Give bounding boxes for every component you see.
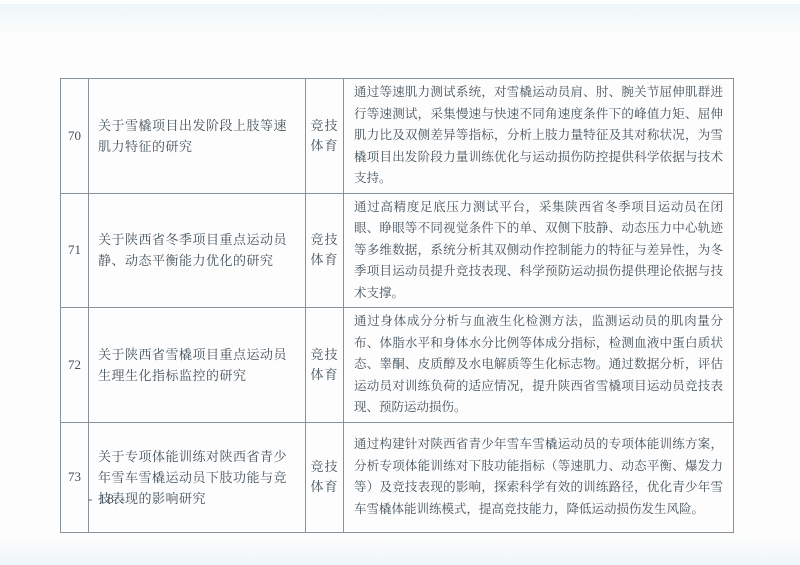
scan-artifact-top: [0, 4, 800, 38]
project-title: 关于专项体能训练对陕西省青少年雪车雪橇运动员下肢功能与竞技表现的影响研究: [89, 422, 306, 532]
table-row: 70 关于雪橇项目出发阶段上肢等速肌力特征的研究 竞技体育 通过等速肌力测试系统…: [61, 79, 734, 194]
project-category: 竞技体育: [306, 193, 344, 308]
project-category: 竞技体育: [306, 422, 344, 532]
project-title: 关于雪橇项目出发阶段上肢等速肌力特征的研究: [89, 79, 306, 194]
project-description: 通过身体成分分析与血液生化检测方法，监测运动员的肌肉量分布、体脂水平和身体水分比…: [344, 308, 734, 423]
scan-artifact-bottom: [0, 537, 800, 565]
page-number: - 18 -: [88, 492, 127, 507]
project-category: 竞技体育: [306, 308, 344, 423]
table-row: 73 关于专项体能训练对陕西省青少年雪车雪橇运动员下肢功能与竞技表现的影响研究 …: [61, 422, 734, 532]
project-number: 73: [61, 422, 89, 532]
project-title: 关于陕西省冬季项目重点运动员静、动态平衡能力优化的研究: [89, 193, 306, 308]
project-description: 通过构建针对陕西省青少年雪车雪橇运动员的专项体能训练方案，分析专项体能训练对下肢…: [344, 422, 734, 532]
projects-table: 70 关于雪橇项目出发阶段上肢等速肌力特征的研究 竞技体育 通过等速肌力测试系统…: [60, 78, 734, 533]
project-title: 关于陕西省雪橇项目重点运动员生理生化指标监控的研究: [89, 308, 306, 423]
table-row: 71 关于陕西省冬季项目重点运动员静、动态平衡能力优化的研究 竞技体育 通过高精…: [61, 193, 734, 308]
project-description: 通过高精度足底压力测试平台，采集陕西省冬季项目运动员在闭眼、睁眼等不同视觉条件下…: [344, 193, 734, 308]
scanned-page: 70 关于雪橇项目出发阶段上肢等速肌力特征的研究 竞技体育 通过等速肌力测试系统…: [0, 0, 800, 565]
project-category: 竞技体育: [306, 79, 344, 194]
project-number: 71: [61, 193, 89, 308]
project-number: 72: [61, 308, 89, 423]
project-description: 通过等速肌力测试系统，对雪橇运动员肩、肘、腕关节屈伸肌群进行等速测试，采集慢速与…: [344, 79, 734, 194]
table-row: 72 关于陕西省雪橇项目重点运动员生理生化指标监控的研究 竞技体育 通过身体成分…: [61, 308, 734, 423]
project-number: 70: [61, 79, 89, 194]
